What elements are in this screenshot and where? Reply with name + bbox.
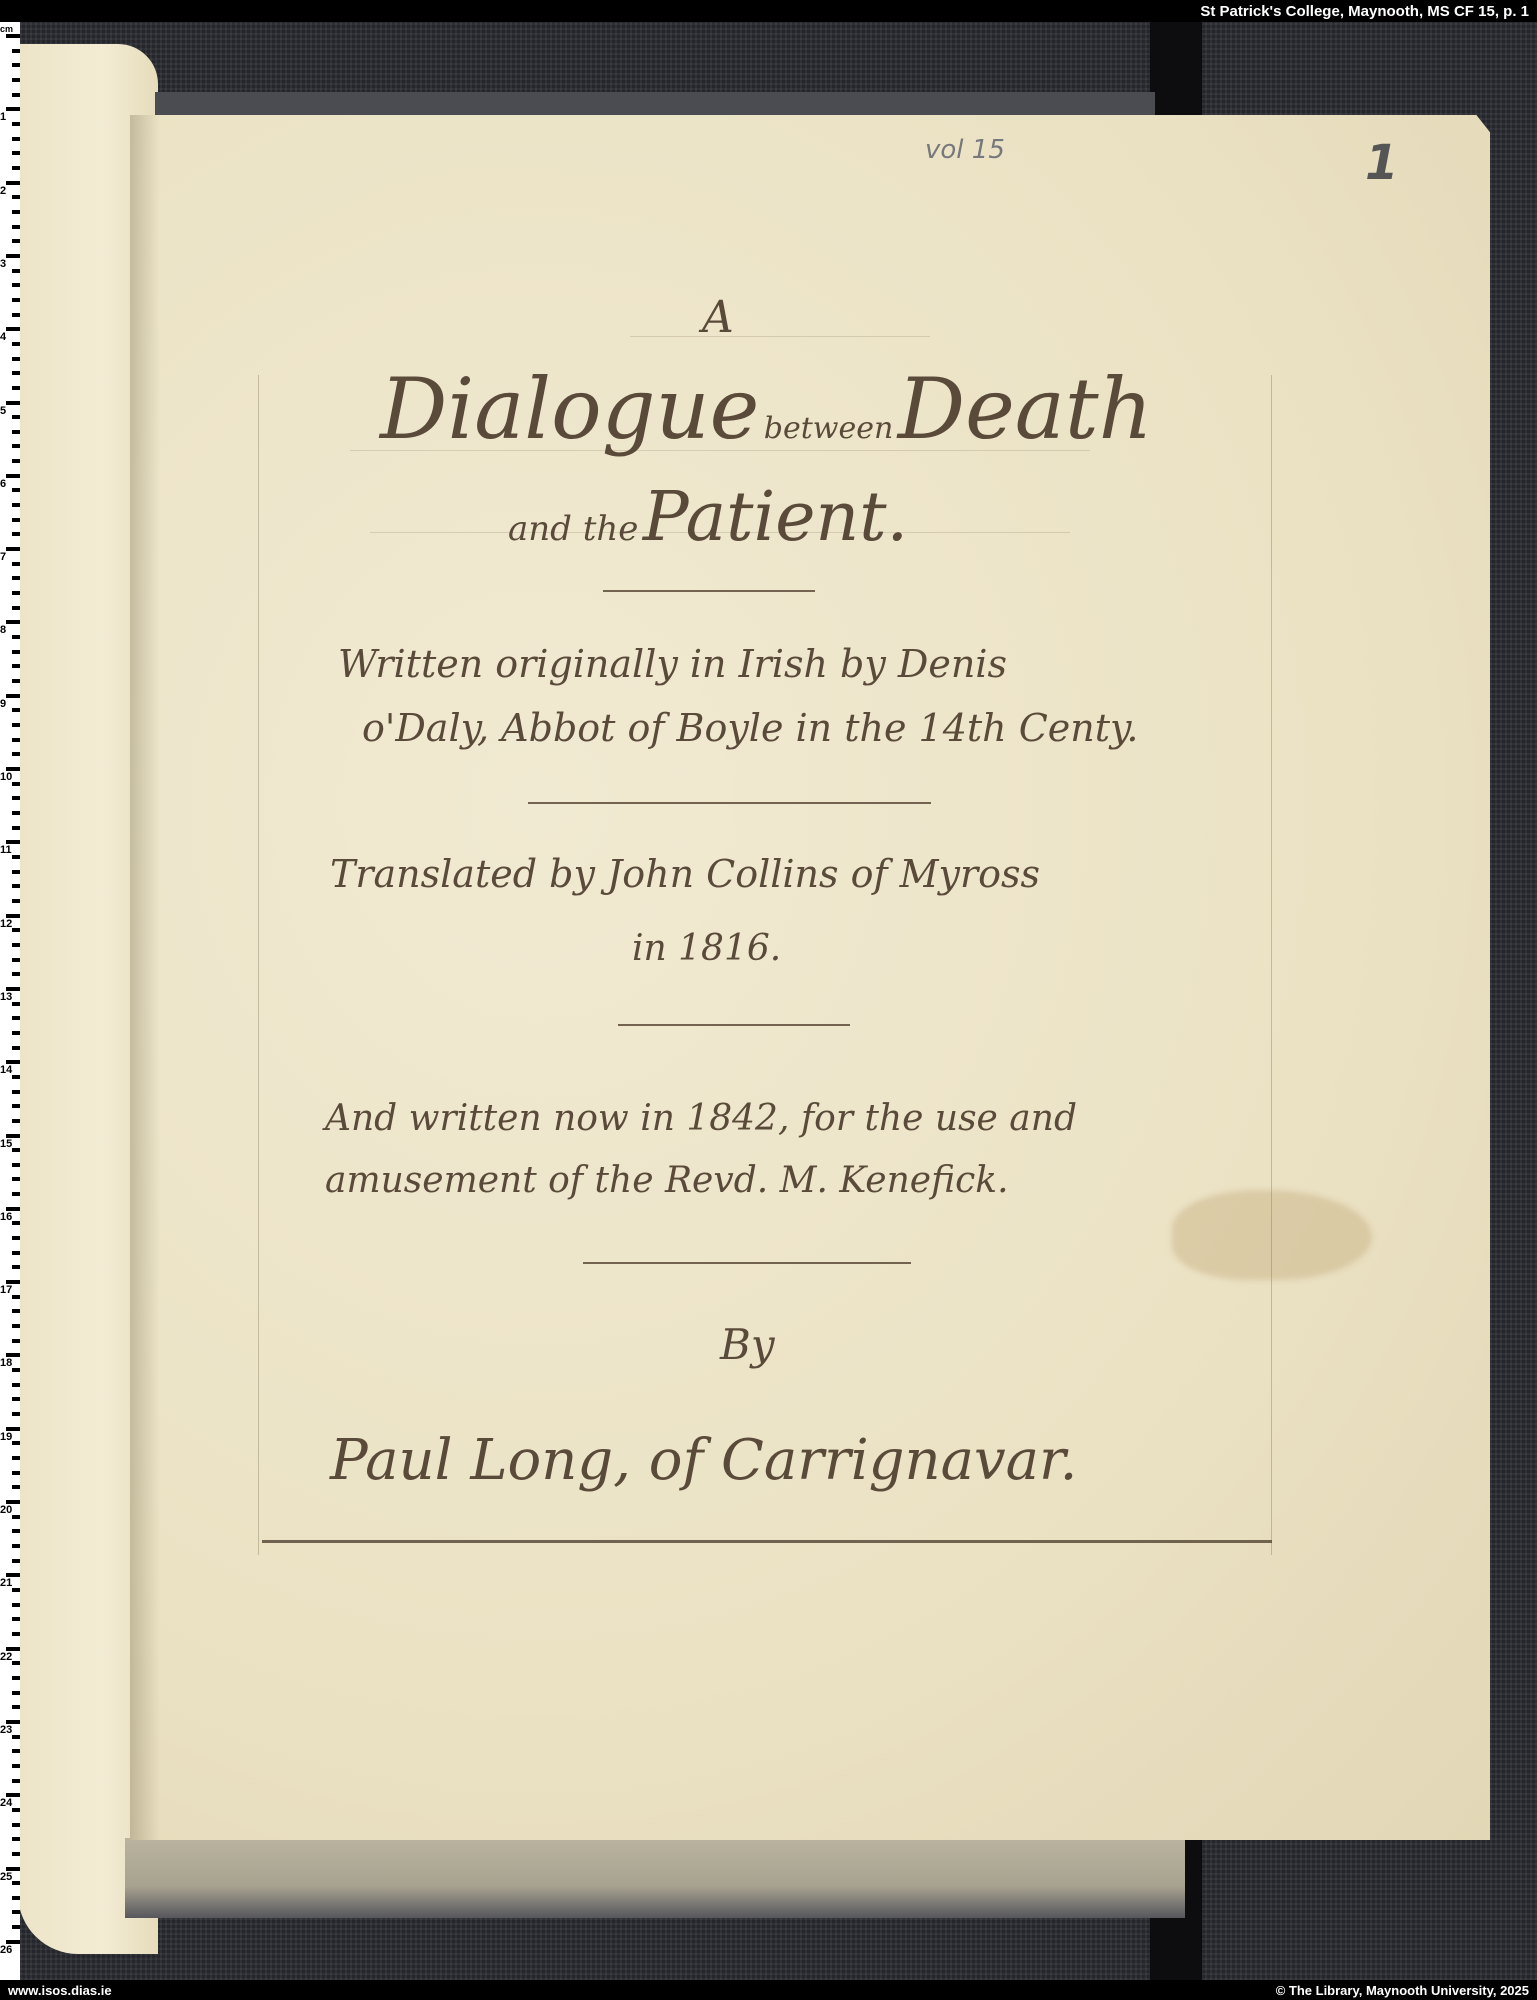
attribution-by: By: [720, 1320, 775, 1369]
title-and-the: and the: [508, 509, 638, 549]
title-death: Death: [898, 360, 1153, 458]
frame-bottom-rule: [262, 1540, 1272, 1543]
ruler-tick: [12, 1031, 20, 1035]
ruler-tick: [12, 503, 20, 507]
ruler-tick: [12, 1339, 20, 1343]
ruler-label: 17: [0, 1284, 12, 1296]
ruler-label: 20: [0, 1504, 12, 1516]
ruler-tick: [12, 269, 20, 273]
copyright-notice: © The Library, Maynooth University, 2025: [1276, 1983, 1529, 1998]
ruler-tick: [12, 1221, 20, 1225]
ruler-tick: [12, 415, 20, 419]
ruler-tick: [12, 591, 20, 595]
ruler-tick: [12, 1749, 20, 1753]
ruler-tick: [12, 1544, 20, 1548]
ruler-tick: [12, 1632, 20, 1636]
ruler-tick: [6, 34, 20, 38]
ruler-tick: [12, 1456, 20, 1460]
ruler-tick: [12, 239, 20, 243]
ruler-tick: [12, 122, 20, 126]
ruler-tick: [12, 635, 20, 639]
ruler-label: 25: [0, 1871, 12, 1883]
ruler-tick: [12, 342, 20, 346]
ruler-tick: [12, 1735, 20, 1739]
ruler-tick: [12, 870, 20, 874]
ruler-tick: [12, 1896, 20, 1900]
ruler-tick: [12, 1852, 20, 1856]
guide-line: [630, 336, 930, 337]
title-line-1: Dialogue between Death: [380, 360, 1153, 458]
ruler-tick: [12, 488, 20, 492]
ruler-label: 22: [0, 1651, 12, 1663]
ruler-label: 18: [0, 1357, 12, 1369]
divider-rule-1: [603, 590, 815, 592]
ruler-tick: [12, 518, 20, 522]
dedication-line-2: amusement of the Revd. M. Kenefick.: [325, 1160, 1009, 1201]
ruler-tick: [12, 532, 20, 536]
ruler-tick: [12, 1075, 20, 1079]
ruler-tick: [12, 1324, 20, 1328]
ruler-tick: [12, 1090, 20, 1094]
ruler-tick: [12, 884, 20, 888]
ruler-tick: [12, 1881, 20, 1885]
ruler-tick: [12, 1236, 20, 1240]
ruler-tick: [12, 1691, 20, 1695]
ruler-tick: [12, 1397, 20, 1401]
ruler-label: 16: [0, 1211, 12, 1223]
attribution-author: Paul Long, of Carrignavar.: [330, 1428, 1077, 1493]
title-line-2: and the Patient.: [508, 478, 908, 557]
ruler-tick: [12, 562, 20, 566]
book-board-top: [155, 92, 1155, 116]
ruler-tick: [12, 313, 20, 317]
ruler-unit: cm: [0, 24, 13, 34]
ruler-tick: [12, 1265, 20, 1269]
ruler-tick: [12, 1485, 20, 1489]
ruler-label: 15: [0, 1138, 12, 1150]
ruler-tick: [12, 752, 20, 756]
ruler-tick: [12, 371, 20, 375]
ruler-tick: [12, 283, 20, 287]
ruler-label: 23: [0, 1724, 12, 1736]
ruler-tick: [12, 430, 20, 434]
divider-rule-4: [583, 1262, 911, 1264]
title-article: A: [702, 292, 734, 343]
ruler-tick: [12, 1837, 20, 1841]
ruler-label: 13: [0, 991, 12, 1003]
ruler-label: 9: [0, 698, 6, 710]
ruler-label: 4: [0, 331, 6, 343]
translation-line-2: in 1816.: [632, 928, 781, 969]
ruler-tick: [12, 723, 20, 727]
ruler-label: 6: [0, 478, 6, 490]
ruler-label: 14: [0, 1064, 12, 1076]
page-number-pencil: 1: [1365, 135, 1398, 191]
ruler-tick: [12, 1471, 20, 1475]
title-between: between: [764, 411, 894, 446]
ruler-tick: [12, 796, 20, 800]
ruler-tick: [12, 1163, 20, 1167]
footer-bar: www.isos.dias.ie © The Library, Maynooth…: [0, 1980, 1537, 2000]
ruler-tick: [12, 664, 20, 668]
ruler-tick: [12, 1192, 20, 1196]
ruler-tick: [12, 1412, 20, 1416]
ruler-tick: [12, 298, 20, 302]
book-board-bottom: [125, 1838, 1185, 1918]
ruler-tick: [12, 855, 20, 859]
translation-line-1: Translated by John Collins of Myross: [330, 852, 1040, 896]
ruler-tick: [12, 606, 20, 610]
manuscript-caption: St Patrick's College, Maynooth, MS CF 15…: [1200, 3, 1529, 20]
ruler-tick: [12, 1910, 20, 1914]
ruler-tick: [12, 576, 20, 580]
ruler-label: 19: [0, 1431, 12, 1443]
ruler-label: 3: [0, 258, 6, 270]
ruler-tick: [12, 1617, 20, 1621]
ruler-tick: [6, 401, 20, 405]
ruler-tick: [12, 972, 20, 976]
origin-line-1: Written originally in Irish by Denis: [338, 642, 1007, 686]
ruler-tick: [12, 1309, 20, 1313]
ruler-tick: [12, 1588, 20, 1592]
ruler-tick: [12, 1515, 20, 1519]
ruler-label: 5: [0, 405, 6, 417]
ruler-tick: [12, 738, 20, 742]
ruler-tick: [12, 49, 20, 53]
ruler-tick: [12, 166, 20, 170]
ruler-tick: [12, 1441, 20, 1445]
ruler-tick: [12, 93, 20, 97]
ruler-tick: [6, 107, 20, 111]
ruler-tick: [12, 459, 20, 463]
ruler-tick: [12, 63, 20, 67]
caption-bar: St Patrick's College, Maynooth, MS CF 15…: [0, 0, 1537, 22]
ruler-tick: [6, 620, 20, 624]
ruler-tick: [12, 137, 20, 141]
ruler-label: 11: [0, 844, 12, 856]
ruler-tick: [12, 1368, 20, 1372]
ruler-tick: [12, 782, 20, 786]
title-dialogue: Dialogue: [380, 360, 759, 458]
ruler-tick: [12, 1661, 20, 1665]
ruler-tick: [12, 195, 20, 199]
title-patient: Patient.: [643, 478, 908, 557]
ruler-tick: [12, 210, 20, 214]
ruler-tick: [12, 1119, 20, 1123]
ruler-tick: [12, 1779, 20, 1783]
ruler-label: 7: [0, 551, 6, 563]
volume-pencil-note: vol 15: [925, 135, 1005, 165]
divider-rule-2: [528, 802, 931, 804]
ruler-tick: [12, 1046, 20, 1050]
ruler-tick: [12, 386, 20, 390]
ruler-tick: [12, 943, 20, 947]
ruler-tick: [12, 151, 20, 155]
ruler-tick: [12, 650, 20, 654]
ruler-tick: [12, 1251, 20, 1255]
gutter-shadow: [130, 115, 160, 1840]
ruler-tick: [12, 225, 20, 229]
ruler-tick: [12, 444, 20, 448]
ruler-tick: [12, 1705, 20, 1709]
ruler-tick: [12, 679, 20, 683]
ruler-tick: [6, 694, 20, 698]
ruler-tick: [12, 958, 20, 962]
ruler-label: 8: [0, 624, 6, 636]
ruler-label: 10: [0, 771, 12, 783]
ruler-tick: [12, 1177, 20, 1181]
ruler-tick: [6, 181, 20, 185]
ruler-tick: [12, 1808, 20, 1812]
ruler-tick: [12, 1823, 20, 1827]
ruler-tick: [12, 708, 20, 712]
ruler-tick: [6, 327, 20, 331]
origin-line-2: o'Daly, Abbot of Boyle in the 14th Centy…: [362, 706, 1139, 750]
divider-rule-3: [618, 1024, 850, 1026]
ruler-tick: [12, 811, 20, 815]
ruler-tick: [12, 78, 20, 82]
ruler-tick: [12, 357, 20, 361]
ruler-tick: [12, 1559, 20, 1563]
ruler-label: 26: [0, 1944, 12, 1956]
ruler-tick: [6, 547, 20, 551]
ruler-tick: [12, 1603, 20, 1607]
ruler-tick: [12, 899, 20, 903]
ruler-tick: [12, 928, 20, 932]
ruler-tick: [6, 254, 20, 258]
ruler-tick: [12, 1383, 20, 1387]
ruler-label: 21: [0, 1577, 12, 1589]
ruler-label: 12: [0, 918, 12, 930]
ruler-tick: [12, 826, 20, 830]
ruler-tick: [6, 474, 20, 478]
ruler-tick: [12, 1104, 20, 1108]
dedication-line-1: And written now in 1842, for the use and: [325, 1098, 1077, 1139]
ruler-tick: [12, 1764, 20, 1768]
ruler-label: 24: [0, 1797, 12, 1809]
website-link[interactable]: www.isos.dias.ie: [8, 1983, 112, 1998]
ruler-tick: [12, 1529, 20, 1533]
ruler-label: 2: [0, 185, 6, 197]
cm-ruler: cm 1234567891011121314151617181920212223…: [0, 22, 20, 1980]
ruler-tick: [12, 1002, 20, 1006]
ruler-tick: [12, 1148, 20, 1152]
ruler-label: 1: [0, 111, 6, 123]
ruler-tick: [12, 1016, 20, 1020]
ruler-tick: [12, 1295, 20, 1299]
ruler-tick: [12, 1676, 20, 1680]
ruler-tick: [12, 1925, 20, 1929]
